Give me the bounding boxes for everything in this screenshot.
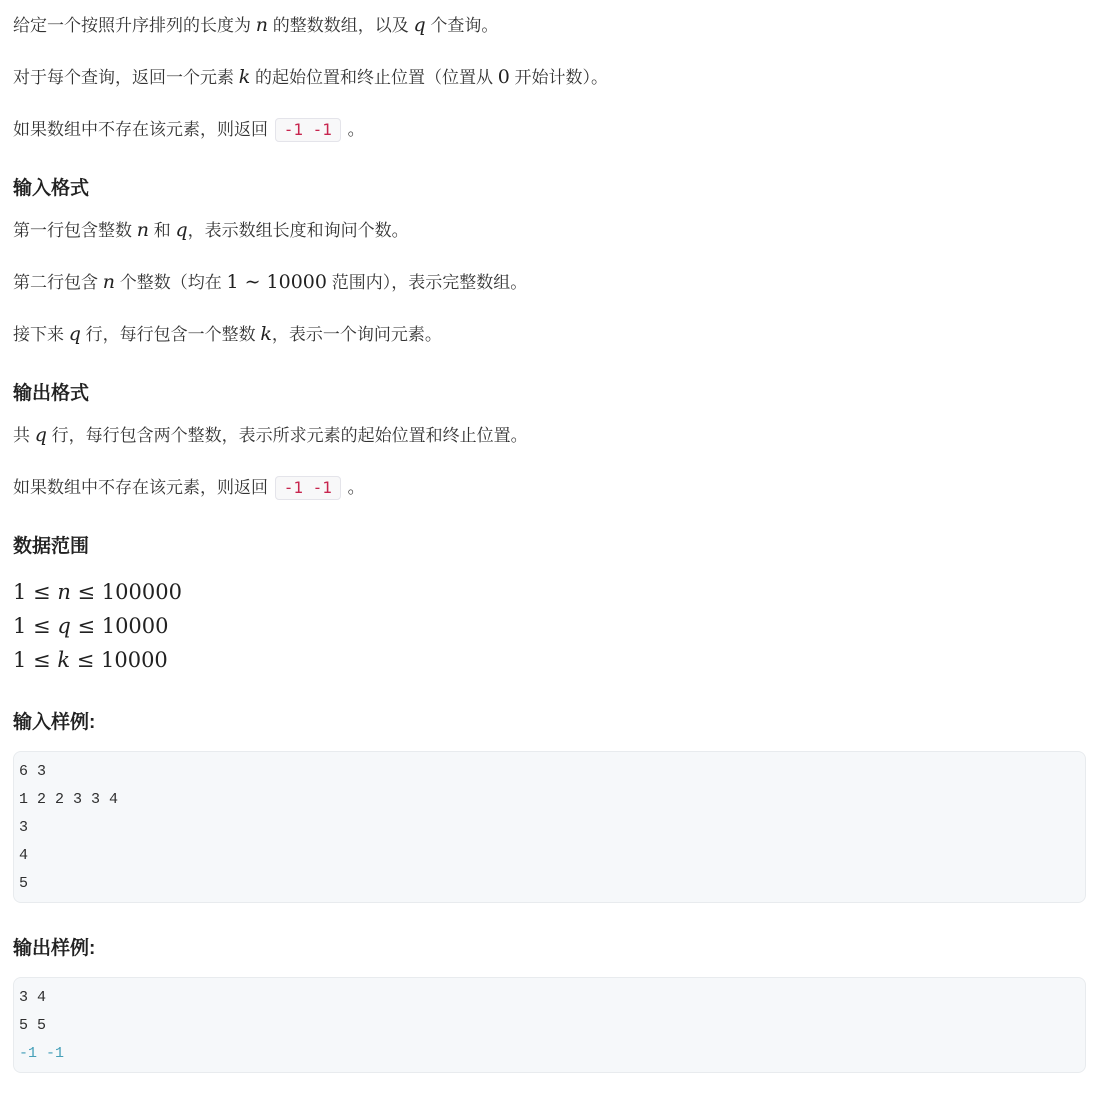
text-segment: 和: [149, 221, 175, 240]
math-var-k: k: [239, 66, 251, 88]
problem-statement: 给定一个按照升序排列的长度为 n 的整数数组，以及 q 个查询。 对于每个查询，…: [13, 12, 1086, 1073]
math-segment: 1 ≤: [13, 648, 57, 672]
sample-input-code: 6 3 1 2 2 3 3 4 3 4 5: [19, 763, 118, 892]
math-var-q: q: [175, 219, 187, 241]
math-var-k: k: [57, 648, 70, 672]
math-range-1-10000: 1 ∼ 10000: [226, 271, 327, 293]
input-format-paragraph-1: 第一行包含整数 n 和 q，表示数组长度和询问个数。: [13, 217, 1086, 244]
text-segment: 如果数组中不存在该元素，则返回: [13, 478, 273, 497]
text-segment: ，表示数组长度和询问个数。: [188, 221, 409, 240]
math-var-k: k: [260, 323, 272, 345]
text-segment: 如果数组中不存在该元素，则返回: [13, 120, 273, 139]
inline-code-not-found: -1 -1: [275, 476, 341, 500]
math-var-n: n: [256, 14, 268, 36]
text-segment: 行，每行包含两个整数，表示所求元素的起始位置和终止位置。: [47, 426, 528, 445]
math-var-q: q: [57, 614, 70, 638]
text-segment: 行，每行包含一个整数: [81, 325, 260, 344]
text-segment: 的整数数组，以及: [268, 16, 413, 35]
constraint-line-n: 1 ≤ n ≤ 100000: [13, 575, 1086, 609]
text-segment: 个查询。: [426, 16, 499, 35]
sample-input-code-block: 6 3 1 2 2 3 3 4 3 4 5: [13, 751, 1086, 903]
math-var-n: n: [137, 219, 149, 241]
sample-output-code: 3 4 5 5 -1 -1: [19, 989, 64, 1062]
math-var-n: n: [103, 271, 115, 293]
math-segment: ≤ 10000: [70, 648, 168, 672]
section-heading-data-range: 数据范围: [13, 534, 1086, 560]
text-segment: 第一行包含整数: [13, 221, 137, 240]
sample-output-code-block: 3 4 5 5 -1 -1: [13, 977, 1086, 1073]
text-segment: 共: [13, 426, 35, 445]
text-segment: 。: [343, 120, 365, 139]
math-segment: ≤ 10000: [71, 614, 169, 638]
text-segment: 开始计数）。: [510, 68, 608, 87]
text-segment: 的起始位置和终止位置（位置从: [250, 68, 497, 87]
constraint-line-k: 1 ≤ k ≤ 10000: [13, 643, 1086, 677]
constraint-line-q: 1 ≤ q ≤ 10000: [13, 609, 1086, 643]
section-heading-input-format: 输入格式: [13, 176, 1086, 202]
text-segment: 范围内），表示完整数组。: [327, 273, 527, 292]
section-heading-sample-output: 输出样例:: [13, 936, 1086, 962]
statement-paragraph-2: 对于每个查询，返回一个元素 k 的起始位置和终止位置（位置从 0 开始计数）。: [13, 64, 1086, 91]
math-var-q: q: [69, 323, 81, 345]
math-segment: ≤ 100000: [71, 580, 182, 604]
statement-paragraph-3: 如果数组中不存在该元素，则返回 -1 -1 。: [13, 116, 1086, 143]
section-heading-output-format: 输出格式: [13, 381, 1086, 407]
math-segment: 1 ≤: [13, 614, 57, 638]
text-segment: ，表示一个询问元素。: [272, 325, 442, 344]
text-segment: 接下来: [13, 325, 69, 344]
inline-code-not-found: -1 -1: [275, 118, 341, 142]
input-format-paragraph-3: 接下来 q 行，每行包含一个整数 k，表示一个询问元素。: [13, 321, 1086, 348]
math-segment: 1 ≤: [13, 580, 57, 604]
section-heading-sample-input: 输入样例:: [13, 710, 1086, 736]
problem-statement-page: { "colors": { "body_text": "#333333", "h…: [0, 0, 1102, 1100]
text-segment: 给定一个按照升序排列的长度为: [13, 16, 256, 35]
text-segment: 个整数（均在: [115, 273, 226, 292]
math-var-q: q: [35, 424, 47, 446]
text-segment: 第二行包含: [13, 273, 103, 292]
data-range-constraints: 1 ≤ n ≤ 100000 1 ≤ q ≤ 10000 1 ≤ k ≤ 100…: [13, 575, 1086, 677]
math-var-n: n: [57, 580, 71, 604]
input-format-paragraph-2: 第二行包含 n 个整数（均在 1 ∼ 10000 范围内），表示完整数组。: [13, 269, 1086, 296]
text-segment: 。: [343, 478, 365, 497]
sample-output-plain-lines: 3 4 5 5: [19, 989, 46, 1034]
output-format-paragraph-1: 共 q 行，每行包含两个整数，表示所求元素的起始位置和终止位置。: [13, 422, 1086, 449]
output-format-paragraph-2: 如果数组中不存在该元素，则返回 -1 -1 。: [13, 474, 1086, 501]
math-var-q: q: [413, 14, 425, 36]
text-segment: 对于每个查询，返回一个元素: [13, 68, 239, 87]
math-number-0: 0: [498, 66, 510, 88]
statement-paragraph-1: 给定一个按照升序排列的长度为 n 的整数数组，以及 q 个查询。: [13, 12, 1086, 39]
sample-output-highlighted-line: -1 -1: [19, 1045, 64, 1062]
